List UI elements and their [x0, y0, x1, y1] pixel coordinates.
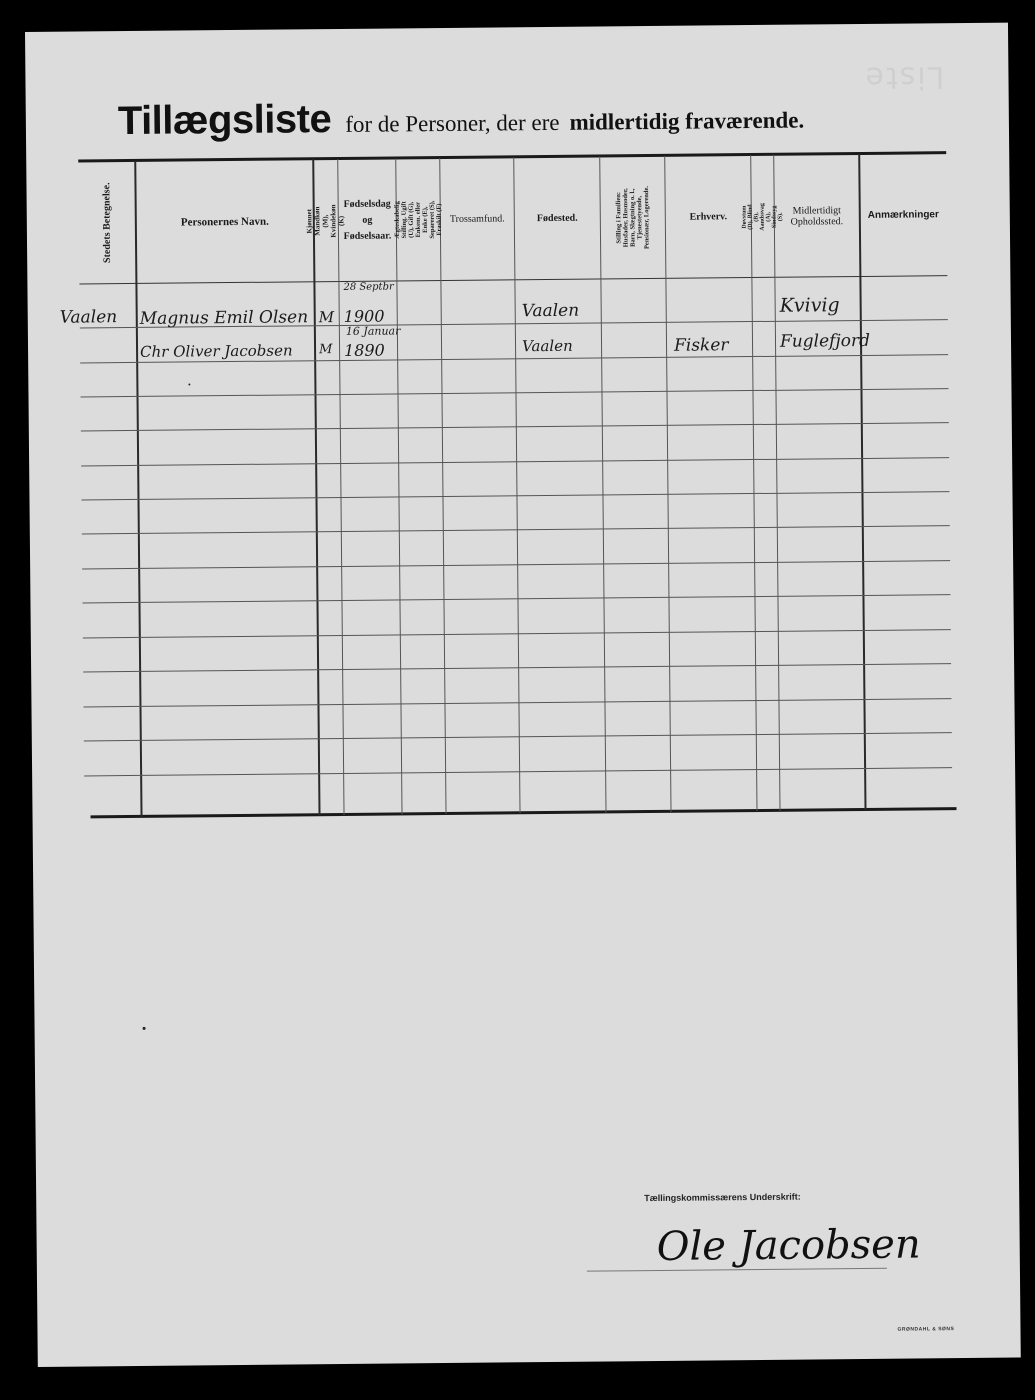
- header-remarks: Anmærkninger: [859, 154, 947, 276]
- table-row: Vaalen Magnus Emil Olsen M 28 Septbr 190…: [25, 23, 1008, 32]
- cell-temp-residence: Fuglefjord: [780, 331, 870, 352]
- table-bottom-rule: [91, 807, 957, 818]
- title-bold: midlertidig fraværende.: [569, 108, 804, 135]
- header-temp-residence: Midlertidigt Opholdssted.: [774, 155, 859, 277]
- cell-name: Magnus Emil Olsen: [140, 307, 309, 329]
- header-birthplace: Fødested.: [514, 157, 600, 279]
- ink-speck: [188, 383, 190, 385]
- cell-birthplace: Vaalen: [522, 301, 580, 322]
- cell-sex: M: [319, 342, 332, 357]
- census-table: Stedets Betegnelse. Personernes Navn. Kj…: [25, 23, 1008, 32]
- signature-label: Tællingskommissærens Underskrift:: [644, 1192, 801, 1204]
- title-main: Tillægsliste: [118, 97, 332, 143]
- title-regular: for de Personer, der ere: [345, 110, 560, 137]
- cell-birth-day: 28 Septbr: [343, 281, 393, 292]
- cell-birth-year: 1890: [344, 341, 385, 360]
- header-sex: Kjønnet Mandkøn (M), Kvindekøn (K): [313, 160, 338, 281]
- cell-birth-day: 16 Januar: [346, 324, 401, 338]
- cell-occupation: Fisker: [674, 335, 729, 356]
- ink-speck: [143, 1027, 146, 1030]
- cell-birth-year: 1900: [344, 307, 385, 326]
- cell-birthplace: Vaalen: [522, 337, 573, 355]
- header-disability: Døvstum (D), Blind (B), Aandssvag (A), S…: [751, 156, 774, 277]
- cell-place: Vaalen: [60, 307, 118, 328]
- header-place: Stedets Betegnelse.: [78, 162, 135, 284]
- header-marital: Ægteskabelig Stilling. Ugift (U), Gift (…: [396, 159, 440, 280]
- signature: Ole Jacobsen: [656, 1221, 920, 1270]
- cell-name: Chr Oliver Jacobsen: [140, 341, 293, 360]
- printer-imprint: GRØNDAHL & SØNS: [897, 1326, 954, 1333]
- header-family-position: Stilling i Familien: Husfader, Husmoder,…: [600, 157, 665, 279]
- margin-note-bleedthrough: Liste: [863, 59, 944, 95]
- signature-line: [587, 1268, 887, 1272]
- header-occupation: Erhverv.: [665, 156, 751, 278]
- cell-temp-residence: Kvivig: [780, 294, 840, 317]
- table-row: Chr Oliver Jacobsen M 16 Januar 1890 Vaa…: [25, 23, 1008, 32]
- cell-sex: M: [319, 308, 335, 326]
- header-name: Personernes Navn.: [136, 160, 313, 283]
- census-form-page: Liste Tillægsliste for de Personer, der …: [25, 23, 1021, 1367]
- header-religion: Trossamfund.: [440, 158, 514, 280]
- header-birth: Fødselsdag og Fødselsaar.: [338, 159, 396, 281]
- form-title: Tillægsliste for de Personer, der ere mi…: [118, 93, 805, 145]
